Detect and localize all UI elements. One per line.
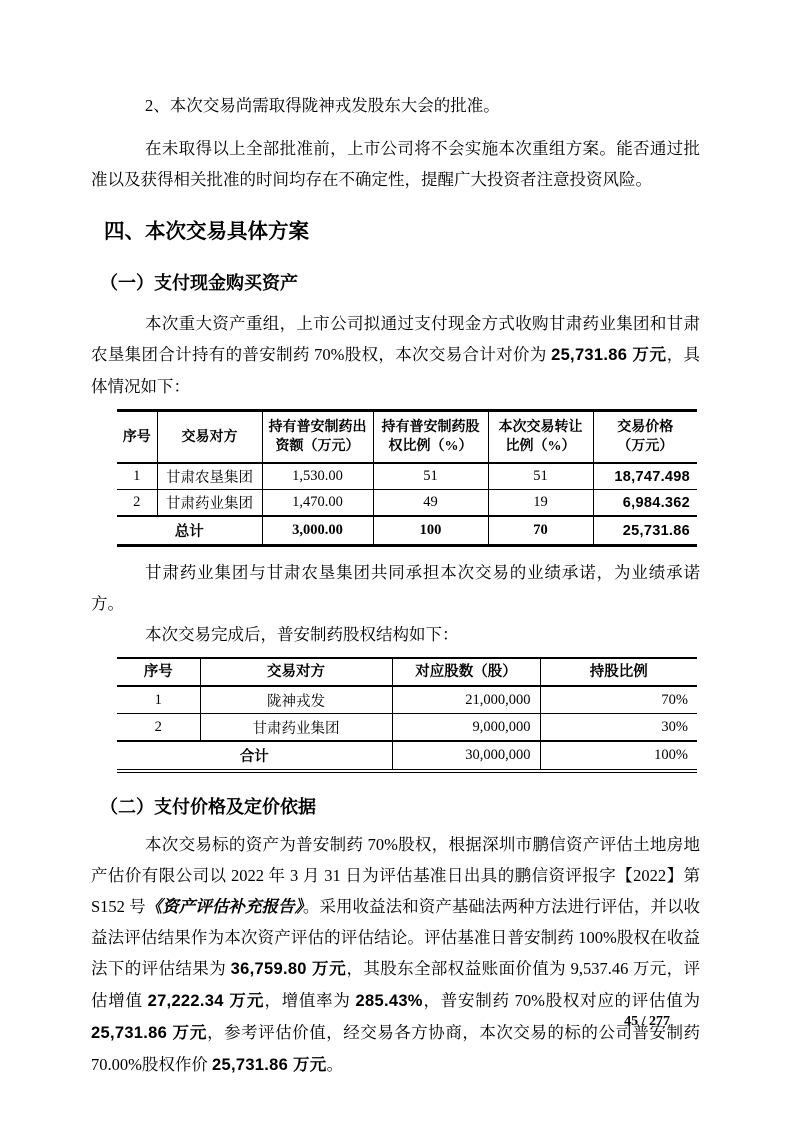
text-segment: 。 <box>327 1055 344 1074</box>
cell-total-shares: 30,000,000 <box>392 741 540 771</box>
table-cash-purchase-details: 序号 交易对方 持有普安制药出资额（万元） 持有普安制药股权比例（%） 本次交易… <box>117 409 697 547</box>
cell-ratio: 70% <box>540 686 697 714</box>
cell: 甘肃农垦集团 <box>157 463 262 490</box>
table-equity-structure: 序号 交易对方 对应股数（股） 持股比例 1 陇神戎发 21,000,000 7… <box>117 657 697 773</box>
cell-total-label: 总计 <box>117 516 262 546</box>
header-cell-index: 序号 <box>117 658 200 686</box>
cell-total-label: 合计 <box>117 741 392 771</box>
cell: 陇神戎发 <box>200 686 392 714</box>
paragraph-performance-commitment: 甘肃药业集团与甘肃农垦集团共同承担本次交易的业绩承诺，为业绩承诺方。 <box>91 557 700 619</box>
cell: 51 <box>488 463 593 490</box>
cell-total-ratio: 100% <box>540 741 697 771</box>
cell: 19 <box>488 490 593 517</box>
cell: 甘肃药业集团 <box>157 490 262 517</box>
page-content: 2、本次交易尚需取得陇神戎发股东大会的批准。 在未取得以上全部批准前，上市公司将… <box>91 90 700 1081</box>
header-cell-price: 交易价格（万元） <box>593 411 697 464</box>
bold-amount: 25,731.86 万元 <box>91 1024 207 1042</box>
bold-amount: 27,222.34 万元 <box>148 992 265 1010</box>
cell-ratio: 30% <box>540 714 697 742</box>
document-page: 2、本次交易尚需取得陇神戎发股东大会的批准。 在未取得以上全部批准前，上市公司将… <box>0 0 793 1122</box>
cell: 1,530.00 <box>262 463 373 490</box>
cell: 49 <box>373 490 488 517</box>
cell-price: 18,747.498 <box>593 463 697 490</box>
table-row: 2 甘肃药业集团 1,470.00 49 19 6,984.362 <box>117 490 697 517</box>
table-total-row: 合计 30,000,000 100% <box>117 741 697 771</box>
paragraph-transaction-summary: 本次重大资产重组，上市公司拟通过支付现金方式收购甘肃药业集团和甘肃农垦集团合计持… <box>91 308 700 402</box>
cell-total: 100 <box>373 516 488 546</box>
header-cell-counterparty: 交易对方 <box>157 411 262 464</box>
table-row: 2 甘肃药业集团 9,000,000 30% <box>117 714 697 742</box>
paragraph-risk-warning: 在未取得以上全部批准前，上市公司将不会实施本次重组方案。能否通过批准以及获得相关… <box>91 133 700 195</box>
cell-total: 70 <box>488 516 593 546</box>
header-cell-shares: 对应股数（股） <box>392 658 540 686</box>
paragraph-pricing-basis: 本次交易标的资产为普安制药 70%股权，根据深圳市鹏信资产评估土地房地产估价有限… <box>91 829 700 1081</box>
page-number: 45 / 277 <box>624 1012 670 1032</box>
header-cell-ratio: 持股比例 <box>540 658 697 686</box>
cell: 51 <box>373 463 488 490</box>
cell-shares: 21,000,000 <box>392 686 540 714</box>
bold-amount: 285.43% <box>356 992 423 1010</box>
table-row: 1 陇神戎发 21,000,000 70% <box>117 686 697 714</box>
cell: 1,470.00 <box>262 490 373 517</box>
cell: 甘肃药业集团 <box>200 714 392 742</box>
cell-price: 6,984.362 <box>593 490 697 517</box>
cell-shares: 9,000,000 <box>392 714 540 742</box>
subsection-heading-cash-purchase: （一）支付现金购买资产 <box>100 271 700 295</box>
header-cell-counterparty: 交易对方 <box>200 658 392 686</box>
header-cell-equity-ratio: 持有普安制药股权比例（%） <box>373 411 488 464</box>
header-cell-index: 序号 <box>117 411 157 464</box>
cell: 1 <box>117 463 157 490</box>
table-header-row: 序号 交易对方 对应股数（股） 持股比例 <box>117 658 697 686</box>
cell-total: 3,000.00 <box>262 516 373 546</box>
table-total-row: 总计 3,000.00 100 70 25,731.86 <box>117 516 697 546</box>
cell: 2 <box>117 714 200 742</box>
table-header-row: 序号 交易对方 持有普安制药出资额（万元） 持有普安制药股权比例（%） 本次交易… <box>117 411 697 464</box>
bold-amount: 25,731.86 万元 <box>551 346 667 364</box>
section-heading-transaction-plan: 四、本次交易具体方案 <box>104 217 700 247</box>
table-row: 1 甘肃农垦集团 1,530.00 51 51 18,747.498 <box>117 463 697 490</box>
paragraph-approval-note: 2、本次交易尚需取得陇神戎发股东大会的批准。 <box>91 90 700 121</box>
text-segment: ，普安制药 70%股权对应的评估值为 <box>423 991 700 1010</box>
paragraph-equity-structure-intro: 本次交易完成后，普安制药股权结构如下： <box>91 619 700 650</box>
subsection-heading-pricing-basis: （二）支付价格及定价依据 <box>100 795 700 819</box>
text-segment: ，增值率为 <box>264 991 355 1010</box>
bold-amount: 25,731.86 万元 <box>212 1056 327 1074</box>
bold-amount: 36,759.80 万元 <box>231 960 347 978</box>
header-cell-transfer-ratio: 本次交易转让比例（%） <box>488 411 593 464</box>
report-title: 《资产评估补充报告》 <box>146 897 303 916</box>
cell: 2 <box>117 490 157 517</box>
cell: 1 <box>117 686 200 714</box>
cell-total-price: 25,731.86 <box>593 516 697 546</box>
header-cell-capital: 持有普安制药出资额（万元） <box>262 411 373 464</box>
